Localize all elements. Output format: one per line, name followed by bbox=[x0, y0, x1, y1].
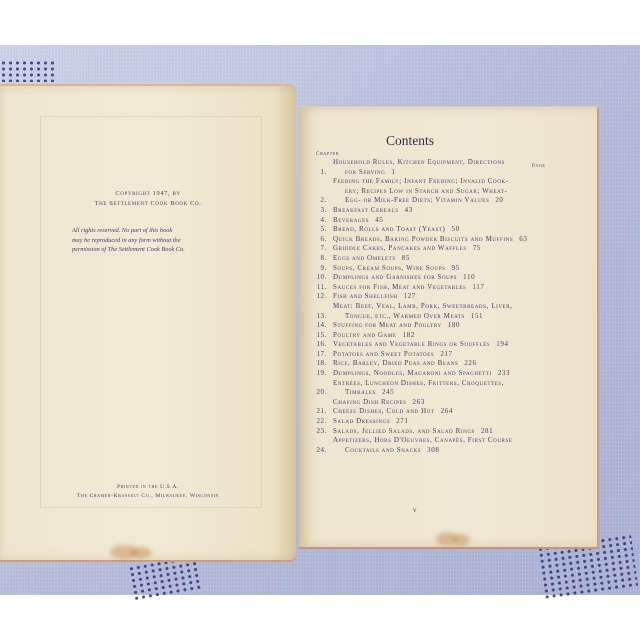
chapter-title-line: Tongue, etc., Warmed Over Meats bbox=[345, 312, 465, 320]
chapter-title: Rice, Barley, Dried Peas and Beans226 bbox=[333, 359, 546, 369]
contents-entry: 18.Rice, Barley, Dried Peas and Beans226 bbox=[313, 359, 546, 369]
chapter-number: 12. bbox=[313, 292, 327, 302]
contents-entry: 13.Meat: Beef, Veal, Lamb, Pork, Sweetbr… bbox=[313, 302, 546, 321]
chapter-title-line: Quick Breads, Baking Powder Biscuits and… bbox=[333, 235, 513, 243]
contents-entry: 16.Vegetables and Vegetable Rings or Sou… bbox=[313, 340, 546, 350]
contents-entry: 1.Household Rules, Kitchen Equipment, Di… bbox=[313, 158, 546, 177]
chapter-title-line: Dumplings, Noodles, Macaroni and Spaghet… bbox=[333, 369, 492, 377]
chapter-title: Appetizers, Hors D'Oeuvres, Canapés, Fir… bbox=[333, 436, 546, 455]
chapter-title: Salads, Jellied Salads, and Salad Rings2… bbox=[333, 427, 546, 437]
page-number: 95 bbox=[451, 264, 459, 272]
copyright-line: Copyright 1947, by bbox=[0, 189, 296, 199]
chapter-title-line: for Serving bbox=[345, 168, 385, 176]
chapter-title: Poultry and Game182 bbox=[333, 331, 546, 341]
contents-entry: 23.Salads, Jellied Salads, and Salad Rin… bbox=[313, 427, 546, 437]
chapter-number: 9. bbox=[313, 264, 327, 274]
chapter-title-line: Soups, Cream Soups, Wine Soups bbox=[333, 264, 445, 272]
chapter-number: 7. bbox=[313, 244, 327, 254]
chapter-number: 6. bbox=[313, 235, 327, 245]
water-stain bbox=[130, 547, 152, 559]
page-number: 45 bbox=[375, 216, 383, 224]
chapter-title-line: Meat: Beef, Veal, Lamb, Pork, Sweetbread… bbox=[333, 302, 546, 312]
chapter-title: Dumplings, Noodles, Macaroni and Spaghet… bbox=[333, 369, 546, 379]
page-number: 20 bbox=[495, 196, 503, 204]
contents-entry: 3.Breakfast Cereals43 bbox=[313, 206, 546, 216]
chapter-number: 23. bbox=[313, 427, 327, 437]
page-number: 85 bbox=[402, 254, 410, 262]
chapter-column-label: Chapter bbox=[316, 151, 339, 157]
contents-title: Contents bbox=[300, 133, 520, 149]
page-number: 151 bbox=[471, 312, 483, 320]
chapter-title: Quick Breads, Baking Powder Biscuits and… bbox=[333, 235, 546, 245]
chapter-title-line: Poultry and Game bbox=[333, 331, 397, 339]
chapter-number: 16. bbox=[313, 340, 327, 350]
page-number: 271 bbox=[396, 417, 408, 425]
page-number: 1 bbox=[391, 168, 395, 176]
chapter-number: 3. bbox=[313, 206, 327, 216]
page-number: 226 bbox=[464, 359, 476, 367]
chapter-title-line: Salads, Jellied Salads, and Salad Rings bbox=[333, 427, 475, 435]
contents-entry: 8.Eggs and Omelets85 bbox=[313, 254, 546, 264]
chapter-title-line: Rice, Barley, Dried Peas and Beans bbox=[333, 359, 458, 367]
chapter-number: 1. bbox=[313, 168, 327, 178]
chapter-title: Soups, Cream Soups, Wine Soups95 bbox=[333, 264, 546, 274]
chapter-number: 20. bbox=[313, 388, 327, 398]
chapter-title: Meat: Beef, Veal, Lamb, Pork, Sweetbread… bbox=[333, 302, 546, 321]
rights-line: may be reproduced in any form without th… bbox=[72, 236, 272, 246]
chapter-number: 18. bbox=[313, 359, 327, 369]
contents-entry: 10.Dumplings and Garnishes for Soups110 bbox=[313, 273, 546, 283]
copyright-notice: Copyright 1947, by The Settlement Cook B… bbox=[0, 189, 296, 209]
contents-entry: 19.Dumplings, Noodles, Macaroni and Spag… bbox=[313, 369, 546, 379]
contents-entry: 17.Potatoes and Sweet Potatoes217 bbox=[313, 350, 546, 360]
contents-entry: 7.Griddle Cakes, Pancakes and Waffles75 bbox=[313, 244, 546, 254]
contents-entry: 6.Quick Breads, Baking Powder Biscuits a… bbox=[313, 235, 546, 245]
chapter-title-line: Dumplings and Garnishes for Soups bbox=[333, 273, 457, 281]
chapter-title-line: Bread, Rolls and Toast (Yeast) bbox=[333, 225, 445, 233]
chapter-number: 8. bbox=[313, 254, 327, 264]
chapter-title: Stuffing for Meat and Poultry180 bbox=[333, 321, 546, 331]
chapter-title: Feeding the Family; Infant Feeding; Inva… bbox=[333, 177, 546, 206]
chapter-title-line: Cheese Dishes, Cold and Hot bbox=[333, 407, 435, 415]
page-number: 182 bbox=[403, 331, 415, 339]
chapter-number: 4. bbox=[313, 216, 327, 226]
chapter-number: 5. bbox=[313, 225, 327, 235]
chapter-title-line: Salad Dressings bbox=[333, 417, 390, 425]
chapter-title-line: Egg- or Milk-Free Diets; Vitamin Values bbox=[345, 196, 489, 204]
page-number: 264 bbox=[441, 407, 453, 415]
rights-notice: All rights reserved. No part of this boo… bbox=[72, 226, 272, 255]
chapter-title-line: Potatoes and Sweet Potatoes bbox=[333, 350, 434, 358]
page-number: 127 bbox=[404, 292, 416, 300]
chapter-title: Salad Dressings271 bbox=[333, 417, 546, 427]
page-number: 43 bbox=[405, 206, 413, 214]
chapter-title: Household Rules, Kitchen Equipment, Dire… bbox=[333, 158, 546, 177]
chapter-title: Entrées, Luncheon Dishes, Fritters, Croq… bbox=[333, 379, 546, 398]
chapter-title: Griddle Cakes, Pancakes and Waffles75 bbox=[333, 244, 546, 254]
chapter-title-line: Griddle Cakes, Pancakes and Waffles bbox=[333, 244, 467, 252]
chapter-title-line: Eggs and Omelets bbox=[333, 254, 396, 262]
rights-line: All rights reserved. No part of this boo… bbox=[72, 226, 272, 236]
chapter-number: 15. bbox=[313, 331, 327, 341]
page-number: 117 bbox=[472, 283, 484, 291]
page-number: 50 bbox=[451, 225, 459, 233]
faint-page-frame bbox=[40, 116, 262, 508]
chapter-number: 24. bbox=[313, 446, 327, 456]
contents-entry: 20.Entrées, Luncheon Dishes, Fritters, C… bbox=[313, 379, 546, 398]
copyright-holder: The Settlement Cook Book Co. bbox=[0, 199, 296, 209]
water-stain bbox=[452, 534, 470, 546]
chapter-title: Dumplings and Garnishes for Soups110 bbox=[333, 273, 546, 283]
chapter-title-line: Cocktails and Snacks bbox=[345, 446, 421, 454]
chapter-title-line: Feeding the Family; Infant Feeding; Inva… bbox=[333, 177, 546, 187]
contents-entry: 2.Feeding the Family; Infant Feeding; In… bbox=[313, 177, 546, 206]
chapter-title: Chafing Dish Recipes263 bbox=[333, 398, 546, 408]
contents-entry: 22.Salad Dressings271 bbox=[313, 417, 546, 427]
contents-entry: 9.Soups, Cream Soups, Wine Soups95 bbox=[313, 264, 546, 274]
rights-line: permission of The Settlement Cook Book C… bbox=[72, 245, 272, 255]
page-folio: v bbox=[413, 506, 417, 514]
contents-list: 1.Household Rules, Kitchen Equipment, Di… bbox=[313, 158, 546, 455]
contents-entry: 24.Appetizers, Hors D'Oeuvres, Canapés, … bbox=[313, 436, 546, 455]
chapter-title-line: Vegetables and Vegetable Rings or Souffl… bbox=[333, 340, 490, 348]
page-number: 63 bbox=[519, 235, 527, 243]
chapter-title-line: Appetizers, Hors D'Oeuvres, Canapés, Fir… bbox=[333, 436, 546, 446]
chapter-number: 17. bbox=[313, 350, 327, 360]
chapter-title-line: Chafing Dish Recipes bbox=[333, 398, 407, 406]
page-number: 233 bbox=[498, 369, 510, 377]
contents-entry: 5.Bread, Rolls and Toast (Yeast)50 bbox=[313, 225, 546, 235]
contents-entry: 12.Fish and Shellfish127 bbox=[313, 292, 546, 302]
chapter-title: Potatoes and Sweet Potatoes217 bbox=[333, 350, 546, 360]
chapter-title: Sauces for Fish, Meat and Vegetables117 bbox=[333, 283, 546, 293]
chapter-title: Vegetables and Vegetable Rings or Souffl… bbox=[333, 340, 546, 350]
chapter-number: 2. bbox=[313, 196, 327, 206]
chapter-title-line: Stuffing for Meat and Poultry bbox=[333, 321, 442, 329]
page-number: 281 bbox=[481, 427, 493, 435]
chapter-number: 22. bbox=[313, 417, 327, 427]
printer-name-line: The Cramer-Krasselt Co., Milwaukee, Wisc… bbox=[0, 492, 296, 501]
lace-pattern bbox=[0, 60, 55, 82]
contents-entry: Chafing Dish Recipes263 bbox=[313, 398, 546, 408]
page-number: 75 bbox=[473, 244, 481, 252]
chapter-title: Bread, Rolls and Toast (Yeast)50 bbox=[333, 225, 546, 235]
chapter-title-line: ery; Recipes Low in Starch and Sugar; Wh… bbox=[333, 187, 546, 197]
chapter-title: Beverages45 bbox=[333, 216, 546, 226]
chapter-title: Breakfast Cereals43 bbox=[333, 206, 546, 216]
contents-entry: 14.Stuffing for Meat and Poultry180 bbox=[313, 321, 546, 331]
chapter-number: 11. bbox=[313, 283, 327, 293]
page-number: 217 bbox=[440, 350, 452, 358]
chapter-title-line: Household Rules, Kitchen Equipment, Dire… bbox=[333, 158, 546, 168]
chapter-number: 13. bbox=[313, 312, 327, 322]
contents-entry: 21.Cheese Dishes, Cold and Hot264 bbox=[313, 407, 546, 417]
chapter-title-line: Entrées, Luncheon Dishes, Fritters, Croq… bbox=[333, 379, 546, 389]
page-number: 110 bbox=[463, 273, 475, 281]
chapter-title-line: Beverages bbox=[333, 216, 369, 224]
contents-entry: 15.Poultry and Game182 bbox=[313, 331, 546, 341]
chapter-title-line: Sauces for Fish, Meat and Vegetables bbox=[333, 283, 466, 291]
page-number: 245 bbox=[382, 388, 394, 396]
page-number: 194 bbox=[496, 340, 508, 348]
printer-imprint: Printed in the U.S.A. The Cramer-Krassel… bbox=[0, 483, 296, 501]
chapter-title: Eggs and Omelets85 bbox=[333, 254, 546, 264]
chapter-title-line: Timbales bbox=[345, 388, 376, 396]
page-number: 180 bbox=[448, 321, 460, 329]
contents-entry: 11.Sauces for Fish, Meat and Vegetables1… bbox=[313, 283, 546, 293]
chapter-number: 10. bbox=[313, 273, 327, 283]
contents-entry: 4.Beverages45 bbox=[313, 216, 546, 226]
chapter-title: Cheese Dishes, Cold and Hot264 bbox=[333, 407, 546, 417]
page-number: 308 bbox=[427, 446, 439, 454]
chapter-title: Fish and Shellfish127 bbox=[333, 292, 546, 302]
chapter-title-line: Breakfast Cereals bbox=[333, 206, 399, 214]
chapter-number: 19. bbox=[313, 369, 327, 379]
page-number: 263 bbox=[413, 398, 425, 406]
chapter-number: 21. bbox=[313, 407, 327, 417]
chapter-title-line: Fish and Shellfish bbox=[333, 292, 398, 300]
printed-in-line: Printed in the U.S.A. bbox=[0, 483, 296, 492]
chapter-number: 14. bbox=[313, 321, 327, 331]
